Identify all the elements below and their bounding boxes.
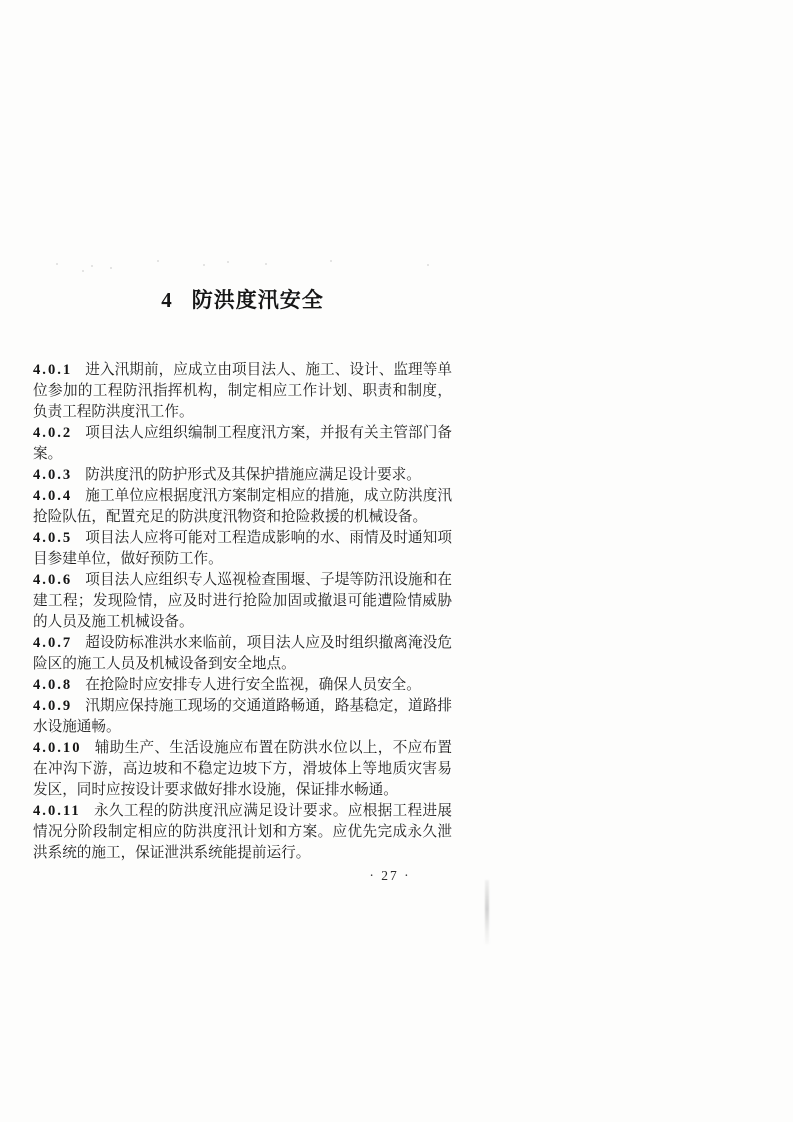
- clause: 4.0.1进入汛期前，应成立由项目法人、施工、设计、监理等单位参加的工程防汛指挥…: [33, 360, 452, 423]
- clause: 4.0.3防洪度汛的防护形式及其保护措施应满足设计要求。: [33, 465, 452, 486]
- clause-number: 4.0.5: [33, 530, 72, 546]
- clause: 4.0.11永久工程的防洪度汛应满足设计要求。应根据工程进展情况分阶段制定相应的…: [33, 801, 452, 864]
- section-title: 4防洪度汛安全: [33, 286, 452, 314]
- clause: 4.0.6项目法人应组织专人巡视检查围堰、子堤等防汛设施和在建工程；发现险情，应…: [33, 570, 452, 633]
- clause-number: 4.0.10: [33, 740, 81, 756]
- scan-speck: [265, 263, 267, 265]
- clause-text: 项目法人应组织编制工程度汛方案，并报有关主管部门备案。: [33, 425, 452, 462]
- clause-number: 4.0.2: [33, 425, 72, 441]
- clause-text: 施工单位应根据度汛方案制定相应的措施，成立防洪度汛抢险队伍，配置充足的防洪度汛物…: [33, 488, 452, 525]
- clause-text: 超设防标准洪水来临前，项目法人应及时组织撤离淹没危险区的施工人员及机械设备到安全…: [33, 635, 452, 672]
- clause-number: 4.0.3: [33, 467, 72, 483]
- section-number: 4: [161, 288, 172, 312]
- clause: 4.0.9汛期应保持施工现场的交通道路畅通，路基稳定，道路排水设施通畅。: [33, 696, 452, 738]
- scan-artifact-smudge: [485, 880, 489, 944]
- clause-text: 项目法人应将可能对工程造成影响的水、雨情及时通知项目参建单位，做好预防工作。: [33, 530, 452, 567]
- clause-text: 永久工程的防洪度汛应满足设计要求。应根据工程进展情况分阶段制定相应的防洪度汛计划…: [33, 803, 452, 861]
- clause-text: 进入汛期前，应成立由项目法人、施工、设计、监理等单位参加的工程防汛指挥机构，制定…: [33, 362, 452, 420]
- clause: 4.0.8在抢险时应安排专人进行安全监视，确保人员安全。: [33, 675, 452, 696]
- clause: 4.0.10辅助生产、生活设施应布置在防洪水位以上，不应布置在冲沟下游，高边坡和…: [33, 738, 452, 801]
- section-title-text: 防洪度汛安全: [192, 288, 324, 312]
- clause-number: 4.0.9: [33, 698, 72, 714]
- scan-speck: [157, 260, 159, 262]
- page-number: · 27 ·: [360, 868, 420, 884]
- scan-speck: [56, 263, 58, 265]
- clause: 4.0.4施工单位应根据度汛方案制定相应的措施，成立防洪度汛抢险队伍，配置充足的…: [33, 486, 452, 528]
- scan-speck: [91, 265, 93, 267]
- clause: 4.0.5项目法人应将可能对工程造成影响的水、雨情及时通知项目参建单位，做好预防…: [33, 528, 452, 570]
- clause-number: 4.0.11: [33, 803, 81, 819]
- scan-speck: [227, 261, 229, 263]
- clause-number: 4.0.8: [33, 677, 72, 693]
- clause-text: 项目法人应组织专人巡视检查围堰、子堤等防汛设施和在建工程；发现险情，应及时进行抢…: [33, 572, 452, 630]
- clause-number: 4.0.6: [33, 572, 72, 588]
- clause: 4.0.2项目法人应组织编制工程度汛方案，并报有关主管部门备案。: [33, 423, 452, 465]
- clause-number: 4.0.4: [33, 488, 72, 504]
- scan-speck: [427, 264, 429, 266]
- clause-text: 在抢险时应安排专人进行安全监视，确保人员安全。: [85, 677, 421, 693]
- clause-list: 4.0.1进入汛期前，应成立由项目法人、施工、设计、监理等单位参加的工程防汛指挥…: [33, 360, 452, 864]
- document-page: 4防洪度汛安全 4.0.1进入汛期前，应成立由项目法人、施工、设计、监理等单位参…: [0, 0, 793, 1122]
- scan-speck: [82, 270, 84, 272]
- scan-speck: [203, 264, 205, 266]
- scan-speck: [110, 267, 112, 269]
- clause-text: 防洪度汛的防护形式及其保护措施应满足设计要求。: [85, 467, 421, 483]
- clause-number: 4.0.7: [33, 635, 72, 651]
- clause-text: 辅助生产、生活设施应布置在防洪水位以上，不应布置在冲沟下游，高边坡和不稳定边坡下…: [33, 740, 452, 798]
- clause-text: 汛期应保持施工现场的交通道路畅通，路基稳定，道路排水设施通畅。: [33, 698, 452, 735]
- scan-speck: [330, 260, 332, 262]
- clause-number: 4.0.1: [33, 362, 72, 378]
- text-column: 4防洪度汛安全 4.0.1进入汛期前，应成立由项目法人、施工、设计、监理等单位参…: [33, 286, 452, 864]
- clause: 4.0.7超设防标准洪水来临前，项目法人应及时组织撤离淹没危险区的施工人员及机械…: [33, 633, 452, 675]
